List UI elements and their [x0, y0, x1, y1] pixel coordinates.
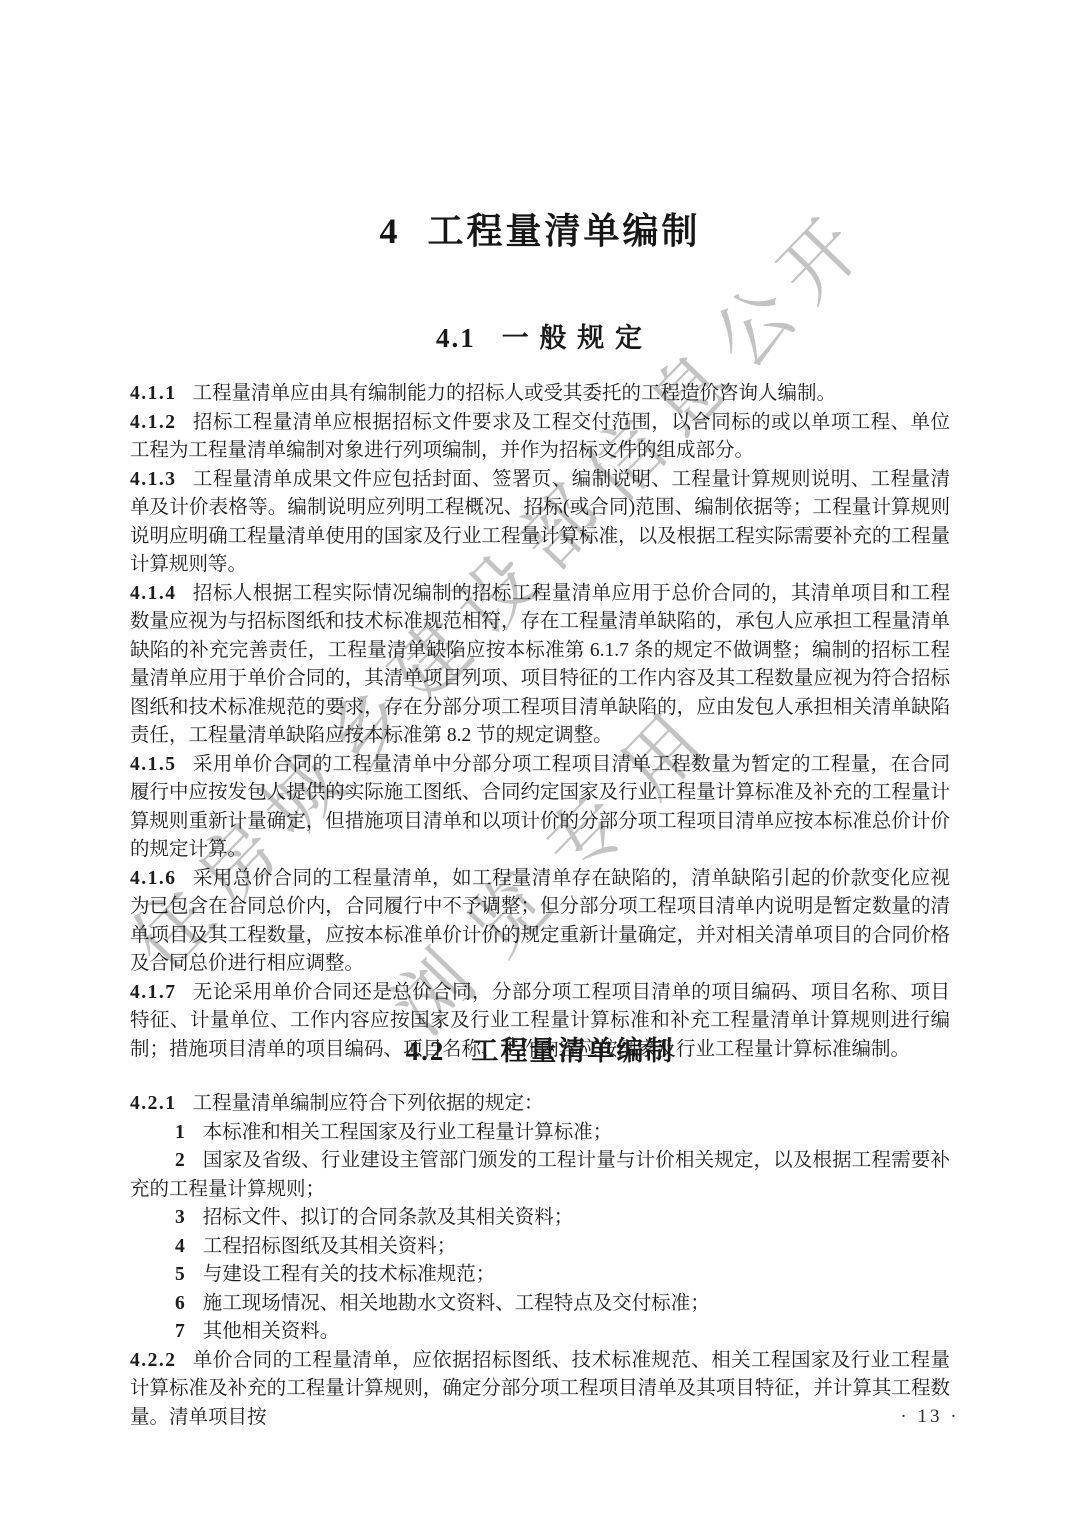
clause-4-1-5: 4.1.5采用单价合同的工程量清单中分部分项工程项目清单工程数量为暂定的工程量，… [130, 751, 950, 865]
document-page: 住房城乡建设部信息公开 浏览专用 4工程量清单编制 4.1一 般 规 定 4.1… [0, 0, 1080, 1529]
clause-4-2-2: 4.2.2单价合同的工程量清单，应依据招标图纸、技术标准规范、相关工程国家及行业… [130, 1347, 950, 1433]
clause-number: 4.1.1 [130, 383, 177, 404]
list-item-number: 7 [175, 1321, 185, 1342]
chapter-title-text: 工程量清单编制 [427, 211, 700, 251]
section-heading-4-1: 4.1一 般 规 定 [0, 316, 1080, 355]
list-item-4: 4工程招标图纸及其相关资料； [130, 1233, 950, 1262]
clause-4-1-1: 4.1.1工程量清单应由具有编制能力的招标人或受其委托的工程造价咨询人编制。 [130, 380, 950, 409]
clause-4-1-6: 4.1.6采用总价合同的工程量清单，如工程量清单存在缺陷的，清单缺陷引起的价款变… [130, 865, 950, 979]
list-item-number: 1 [175, 1122, 185, 1143]
list-item-number: 5 [175, 1264, 185, 1285]
clause-text: 招标人根据工程实际情况编制的招标工程量清单应用于总价合同的，其清单项目和工程数量… [130, 583, 950, 747]
section-number: 4.2 [406, 1036, 446, 1066]
list-item-text: 本标准和相关工程国家及行业工程量计算标准； [203, 1122, 613, 1143]
clause-number: 4.1.3 [130, 469, 177, 490]
list-item-number: 3 [175, 1207, 185, 1228]
list-item-1: 1本标准和相关工程国家及行业工程量计算标准； [130, 1119, 950, 1148]
clause-4-1-2: 4.1.2招标工程量清单应根据招标文件要求及工程交付范围，以合同标的或以单项工程… [130, 409, 950, 466]
clause-number: 4.2.1 [130, 1093, 177, 1114]
list-item-2: 2国家及省级、行业建设主管部门颁发的工程计量与计价相关规定，以及根据工程需要补充… [130, 1147, 950, 1204]
section-title-text: 工程量清单编制 [471, 1036, 674, 1066]
clause-text: 工程量清单编制应符合下列依据的规定： [193, 1093, 544, 1114]
page-content: 4工程量清单编制 4.1一 般 规 定 4.1.1工程量清单应由具有编制能力的招… [0, 0, 1080, 1529]
clause-text: 工程量清单应由具有编制能力的招标人或受其委托的工程造价咨询人编制。 [193, 383, 837, 404]
list-item-6: 6施工现场情况、相关地勘水文资料、工程特点及交付标准； [130, 1290, 950, 1319]
list-item-text: 招标文件、拟订的合同条款及其相关资料； [203, 1207, 574, 1228]
clause-number: 4.1.2 [130, 412, 177, 433]
clause-number: 4.1.4 [130, 583, 177, 604]
list-item-text: 工程招标图纸及其相关资料； [203, 1236, 457, 1257]
clause-text: 工程量清单成果文件应包括封面、签署页、编制说明、工程量计算规则说明、工程量清单及… [130, 469, 950, 576]
clause-4-1-3: 4.1.3工程量清单成果文件应包括封面、签署页、编制说明、工程量计算规则说明、工… [130, 466, 950, 580]
chapter-title: 4工程量清单编制 [0, 203, 1080, 254]
list-item-number: 6 [175, 1293, 185, 1314]
list-item-7: 7其他相关资料。 [130, 1318, 950, 1347]
clause-number: 4.1.7 [130, 982, 177, 1003]
list-item-text: 国家及省级、行业建设主管部门颁发的工程计量与计价相关规定，以及根据工程需要补充的… [130, 1150, 950, 1200]
list-item-text: 与建设工程有关的技术标准规范； [203, 1264, 496, 1285]
clause-text: 招标工程量清单应根据招标文件要求及工程交付范围，以合同标的或以单项工程、单位工程… [130, 412, 950, 462]
section-heading-4-2: 4.2工程量清单编制 [0, 1029, 1080, 1068]
clause-number: 4.1.5 [130, 754, 177, 775]
list-item-text: 其他相关资料。 [203, 1321, 340, 1342]
section-4-1-body: 4.1.1工程量清单应由具有编制能力的招标人或受其委托的工程造价咨询人编制。 4… [130, 380, 950, 1064]
section-number: 4.1 [436, 323, 476, 353]
list-item-text: 施工现场情况、相关地勘水文资料、工程特点及交付标准； [203, 1293, 710, 1314]
page-number: · 13 · [860, 1406, 1000, 1428]
list-item-number: 2 [175, 1150, 185, 1171]
list-item-number: 4 [175, 1236, 185, 1257]
chapter-number: 4 [379, 211, 397, 251]
section-4-2-body: 4.2.1工程量清单编制应符合下列依据的规定： 1本标准和相关工程国家及行业工程… [130, 1090, 950, 1432]
clause-text: 采用总价合同的工程量清单，如工程量清单存在缺陷的，清单缺陷引起的价款变化应视为已… [130, 868, 950, 975]
clause-text: 单价合同的工程量清单，应依据招标图纸、技术标准规范、相关工程国家及行业工程量计算… [130, 1350, 950, 1428]
clause-number: 4.2.2 [130, 1350, 177, 1371]
clause-4-1-4: 4.1.4招标人根据工程实际情况编制的招标工程量清单应用于总价合同的，其清单项目… [130, 580, 950, 751]
clause-4-2-1: 4.2.1工程量清单编制应符合下列依据的规定： [130, 1090, 950, 1119]
clause-text: 采用单价合同的工程量清单中分部分项工程项目清单工程数量为暂定的工程量，在合同履行… [130, 754, 950, 861]
list-item-3: 3招标文件、拟订的合同条款及其相关资料； [130, 1204, 950, 1233]
list-item-5: 5与建设工程有关的技术标准规范； [130, 1261, 950, 1290]
clause-number: 4.1.6 [130, 868, 177, 889]
section-title-text: 一 般 规 定 [502, 323, 644, 353]
